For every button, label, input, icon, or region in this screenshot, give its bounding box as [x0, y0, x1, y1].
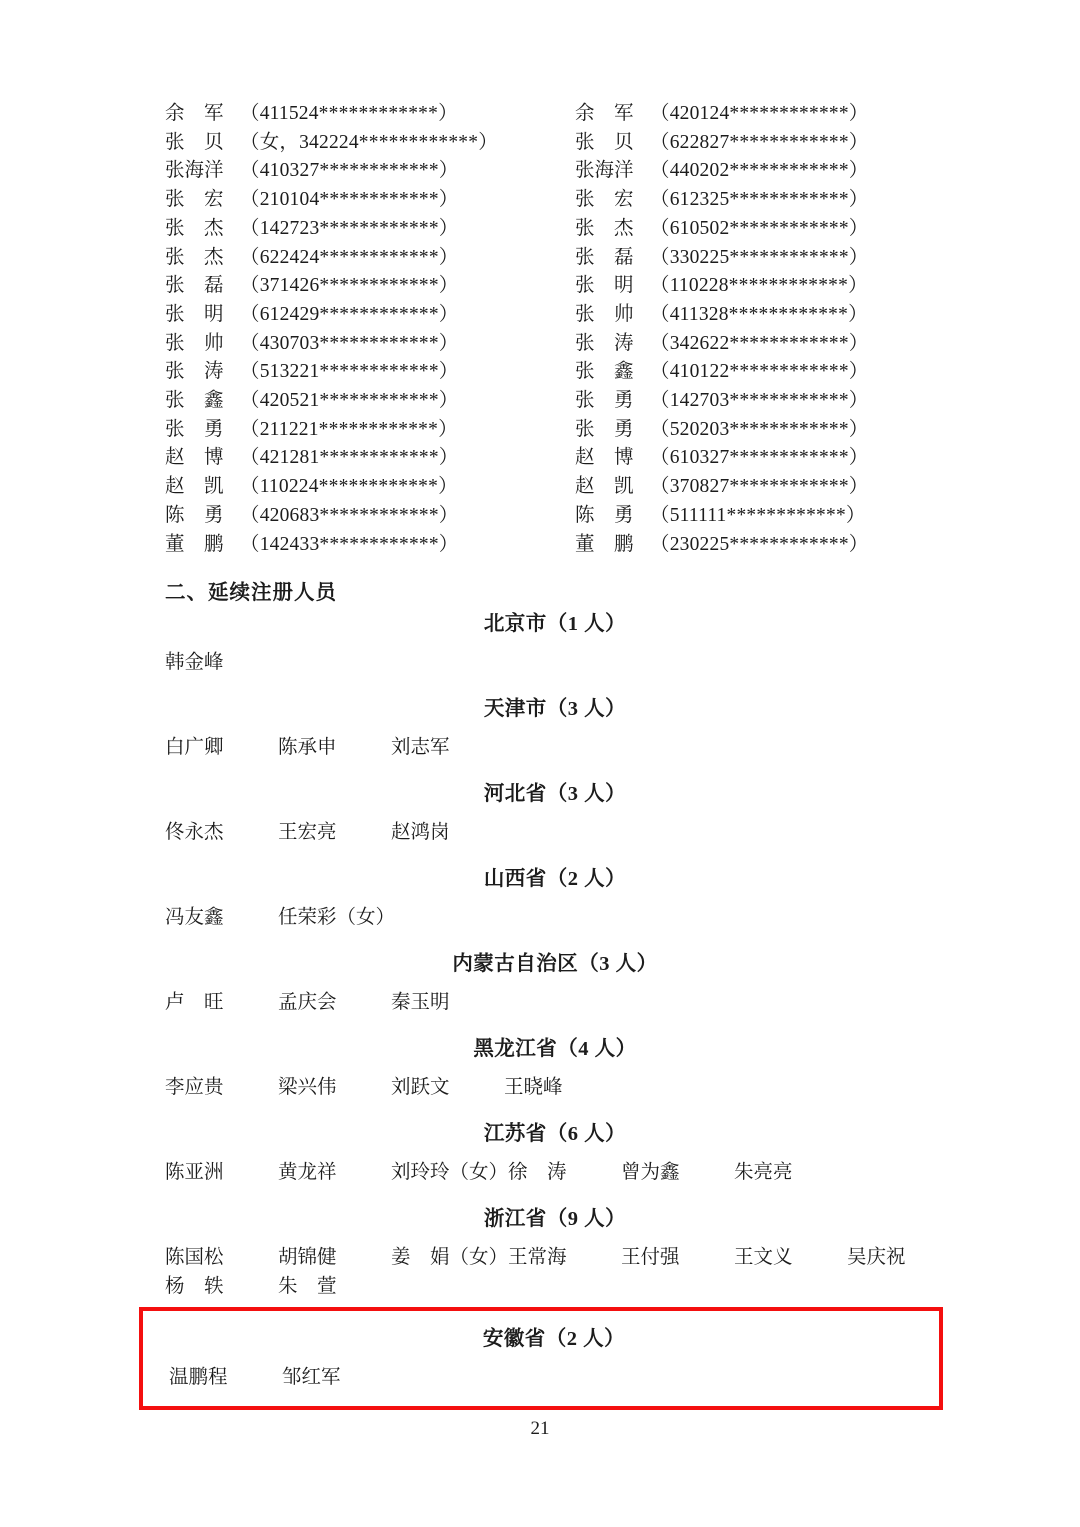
person-name: 赵 博 — [165, 444, 240, 473]
province-header: 黑龙江省（4 人） — [165, 1035, 945, 1064]
person-name: 张 杰 — [165, 215, 240, 244]
person-id: （342622************） — [650, 333, 869, 354]
person-name: 刘玲玲（女） — [391, 1158, 508, 1187]
person-name: 赵 凯 — [575, 473, 650, 502]
registrant-entry: 张 明（612429************） — [165, 301, 575, 330]
registrant-entry: 张 勇（211221************） — [165, 416, 575, 445]
registrant-entry: 张 贝（女，342224************） — [165, 129, 575, 158]
registrant-entry: 赵 博（610327************） — [575, 444, 1060, 473]
person-id: （女，342224************） — [240, 132, 498, 153]
person-name: 张 明 — [165, 301, 240, 330]
person-name: 张 鑫 — [575, 358, 650, 387]
person-name: 赵鸿岗 — [391, 818, 504, 847]
person-name: 白广卿 — [165, 733, 278, 762]
person-name: 朱亮亮 — [734, 1158, 847, 1187]
province-header: 北京市（1 人） — [165, 610, 945, 639]
person-id: （511111************） — [650, 505, 866, 526]
registrant-entry: 张 杰（622424************） — [165, 244, 575, 273]
page-number: 21 — [0, 1416, 1080, 1442]
person-name: 张 磊 — [165, 272, 240, 301]
province-block: 内蒙古自治区（3 人）卢 旺孟庆会秦玉明 — [165, 950, 945, 1017]
person-name: 冯友鑫 — [165, 903, 278, 932]
person-name: 张 勇 — [165, 416, 240, 445]
person-name: 卢 旺 — [165, 988, 278, 1017]
province-header: 河北省（3 人） — [165, 780, 945, 809]
registrant-entry: 张 磊（330225************） — [575, 244, 1060, 273]
name-row: 冯友鑫任荣彩（女） — [165, 903, 945, 932]
registrant-entry: 张海洋（440202************） — [575, 157, 1060, 186]
person-name: 胡锦健 — [278, 1243, 391, 1272]
person-name: 张海洋 — [165, 157, 240, 186]
person-name: 佟永杰 — [165, 818, 278, 847]
person-name: 朱 萱 — [278, 1272, 391, 1301]
person-name: 温鹏程 — [169, 1363, 282, 1392]
person-name: 刘跃文 — [391, 1073, 504, 1102]
registrant-entry: 陈 勇（511111************） — [575, 502, 1060, 531]
person-id: （211221************） — [240, 419, 458, 440]
registrant-entry: 张 涛（342622************） — [575, 330, 1060, 359]
province-block: 浙江省（9 人）陈国松胡锦健姜 娟（女）王常海王付强王文义吴庆祝杨 轶朱 萱 — [165, 1205, 945, 1301]
registrant-entry: 张 磊（371426************） — [165, 272, 575, 301]
person-name: 董 鹏 — [575, 531, 650, 560]
person-name: 张 贝 — [165, 129, 240, 158]
registrant-column-left: 余 军（411524************）张 贝（女，342224*****… — [165, 100, 575, 559]
registrant-column-right: 余 军（420124************）张 贝（622827*******… — [575, 100, 1060, 559]
province-header: 江苏省（6 人） — [165, 1120, 945, 1149]
registrant-entry: 张 明（110228************） — [575, 272, 1060, 301]
person-name: 张 杰 — [575, 215, 650, 244]
person-id: （330225************） — [650, 247, 869, 268]
province-header: 浙江省（9 人） — [165, 1205, 945, 1234]
section-title: 二、延续注册人员 — [165, 578, 945, 607]
province-block: 河北省（3 人）佟永杰王宏亮赵鸿岗 — [165, 780, 945, 847]
person-name: 刘志军 — [391, 733, 504, 762]
person-name: 秦玉明 — [391, 988, 504, 1017]
province-block: 北京市（1 人）韩金峰 — [165, 610, 945, 677]
province-block: 江苏省（6 人）陈亚洲黄龙祥刘玲玲（女）徐 涛曾为鑫朱亮亮 — [165, 1120, 945, 1187]
person-id: （230225************） — [650, 534, 869, 555]
registrant-entry: 赵 凯（370827************） — [575, 473, 1060, 502]
person-name: 王宏亮 — [278, 818, 391, 847]
person-id: （410327************） — [240, 160, 459, 181]
person-id: （142703************） — [650, 390, 869, 411]
highlight-box: 安徽省（2 人）温鹏程邹红军 — [139, 1307, 943, 1410]
person-name: 董 鹏 — [165, 531, 240, 560]
registrant-entry: 张 鑫（420521************） — [165, 387, 575, 416]
person-id: （421281************） — [240, 447, 459, 468]
person-name: 孟庆会 — [278, 988, 391, 1017]
registrant-entry: 张海洋（410327************） — [165, 157, 575, 186]
person-id: （440202************） — [650, 160, 869, 181]
person-id: （420683************） — [240, 505, 459, 526]
person-name: 张 勇 — [575, 416, 650, 445]
name-row: 韩金峰 — [165, 648, 945, 677]
registrant-entry: 余 军（420124************） — [575, 100, 1060, 129]
person-name: 张 鑫 — [165, 387, 240, 416]
person-name: 赵 凯 — [165, 473, 240, 502]
person-id: （430703************） — [240, 333, 459, 354]
registrant-entry: 张 鑫（410122************） — [575, 358, 1060, 387]
person-name: 徐 涛 — [508, 1158, 621, 1187]
province-block: 天津市（3 人）白广卿陈承申刘志军 — [165, 695, 945, 762]
person-id: （610502************） — [650, 218, 869, 239]
person-name: 余 军 — [575, 100, 650, 129]
person-name: 张 帅 — [575, 301, 650, 330]
person-id: （110228************） — [650, 275, 868, 296]
person-name: 张 涛 — [165, 358, 240, 387]
person-name: 赵 博 — [575, 444, 650, 473]
registrant-entry: 张 勇（142703************） — [575, 387, 1060, 416]
registrant-entry: 张 杰（610502************） — [575, 215, 1060, 244]
registrant-entry: 陈 勇（420683************） — [165, 502, 575, 531]
province-block: 山西省（2 人）冯友鑫任荣彩（女） — [165, 865, 945, 932]
person-id: （622827************） — [650, 132, 869, 153]
person-id: （420521************） — [240, 390, 459, 411]
name-row: 杨 轶朱 萱 — [165, 1272, 945, 1301]
registrant-entry: 赵 博（421281************） — [165, 444, 575, 473]
name-row: 陈国松胡锦健姜 娟（女）王常海王付强王文义吴庆祝 — [165, 1243, 945, 1272]
person-name: 邹红军 — [282, 1363, 395, 1392]
person-id: （610327************） — [650, 447, 869, 468]
person-name: 张 宏 — [165, 186, 240, 215]
person-name: 姜 娟（女） — [391, 1243, 508, 1272]
person-name: 吴庆祝 — [847, 1243, 960, 1272]
person-name: 余 军 — [165, 100, 240, 129]
registrant-entry: 张 宏（210104************） — [165, 186, 575, 215]
person-name: 韩金峰 — [165, 648, 278, 677]
name-row: 温鹏程邹红军 — [169, 1363, 939, 1392]
registrant-entry: 张 涛（513221************） — [165, 358, 575, 387]
person-id: （370827************） — [650, 476, 869, 497]
person-id: （142723************） — [240, 218, 459, 239]
person-name: 陈 勇 — [165, 502, 240, 531]
registrant-entry: 张 贝（622827************） — [575, 129, 1060, 158]
province-header: 山西省（2 人） — [165, 865, 945, 894]
registrant-entry: 张 帅（411328************） — [575, 301, 1060, 330]
document-page: 余 军（411524************）张 贝（女，342224*****… — [0, 0, 1080, 1527]
person-name: 王晓峰 — [504, 1073, 617, 1102]
person-id: （612325************） — [650, 189, 869, 210]
person-name: 任荣彩（女） — [278, 903, 395, 932]
person-name: 张 磊 — [575, 244, 650, 273]
person-id: （142433************） — [240, 534, 459, 555]
person-name: 张 勇 — [575, 387, 650, 416]
name-row: 白广卿陈承申刘志军 — [165, 733, 945, 762]
person-id: （411328************） — [650, 304, 868, 325]
person-name: 陈亚洲 — [165, 1158, 278, 1187]
person-id: （520203************） — [650, 419, 869, 440]
person-id: （410122************） — [650, 361, 869, 382]
name-row: 佟永杰王宏亮赵鸿岗 — [165, 818, 945, 847]
person-name: 张 贝 — [575, 129, 650, 158]
person-name: 陈 勇 — [575, 502, 650, 531]
registrant-entry: 张 帅（430703************） — [165, 330, 575, 359]
person-name: 黄龙祥 — [278, 1158, 391, 1187]
person-id: （411524************） — [240, 103, 458, 124]
registrant-entry: 张 勇（520203************） — [575, 416, 1060, 445]
name-row: 卢 旺孟庆会秦玉明 — [165, 988, 945, 1017]
person-id: （420124************） — [650, 103, 869, 124]
person-name: 陈国松 — [165, 1243, 278, 1272]
name-row: 陈亚洲黄龙祥刘玲玲（女）徐 涛曾为鑫朱亮亮 — [165, 1158, 945, 1187]
person-id: （612429************） — [240, 304, 459, 325]
person-name: 张海洋 — [575, 157, 650, 186]
renewal-section: 二、延续注册人员 北京市（1 人）韩金峰天津市（3 人）白广卿陈承申刘志军河北省… — [165, 578, 945, 1410]
person-name: 梁兴伟 — [278, 1073, 391, 1102]
person-name: 王付强 — [621, 1243, 734, 1272]
person-id: （371426************） — [240, 275, 459, 296]
person-name: 王常海 — [508, 1243, 621, 1272]
person-name: 张 杰 — [165, 244, 240, 273]
registrant-entry: 董 鹏（142433************） — [165, 531, 575, 560]
person-id: （110224************） — [240, 476, 458, 497]
person-name: 张 明 — [575, 272, 650, 301]
person-id: （513221************） — [240, 361, 459, 382]
registrant-entry: 余 军（411524************） — [165, 100, 575, 129]
person-id: （622424************） — [240, 247, 459, 268]
person-id: （210104************） — [240, 189, 459, 210]
province-header: 内蒙古自治区（3 人） — [165, 950, 945, 979]
registrant-entry: 张 宏（612325************） — [575, 186, 1060, 215]
registrant-entry: 董 鹏（230225************） — [575, 531, 1060, 560]
province-block: 黑龙江省（4 人）李应贵梁兴伟刘跃文王晓峰 — [165, 1035, 945, 1102]
name-row: 李应贵梁兴伟刘跃文王晓峰 — [165, 1073, 945, 1102]
province-list: 北京市（1 人）韩金峰天津市（3 人）白广卿陈承申刘志军河北省（3 人）佟永杰王… — [165, 610, 945, 1410]
province-header: 天津市（3 人） — [165, 695, 945, 724]
person-name: 杨 轶 — [165, 1272, 278, 1301]
person-name: 张 涛 — [575, 330, 650, 359]
registrant-entry: 张 杰（142723************） — [165, 215, 575, 244]
person-name: 陈承申 — [278, 733, 391, 762]
person-name: 张 宏 — [575, 186, 650, 215]
person-name: 李应贵 — [165, 1073, 278, 1102]
person-name: 曾为鑫 — [621, 1158, 734, 1187]
person-name: 张 帅 — [165, 330, 240, 359]
registrant-entry: 赵 凯（110224************） — [165, 473, 575, 502]
province-header: 安徽省（2 人） — [169, 1325, 939, 1354]
person-name: 王文义 — [734, 1243, 847, 1272]
registrant-list: 余 军（411524************）张 贝（女，342224*****… — [165, 100, 1060, 559]
